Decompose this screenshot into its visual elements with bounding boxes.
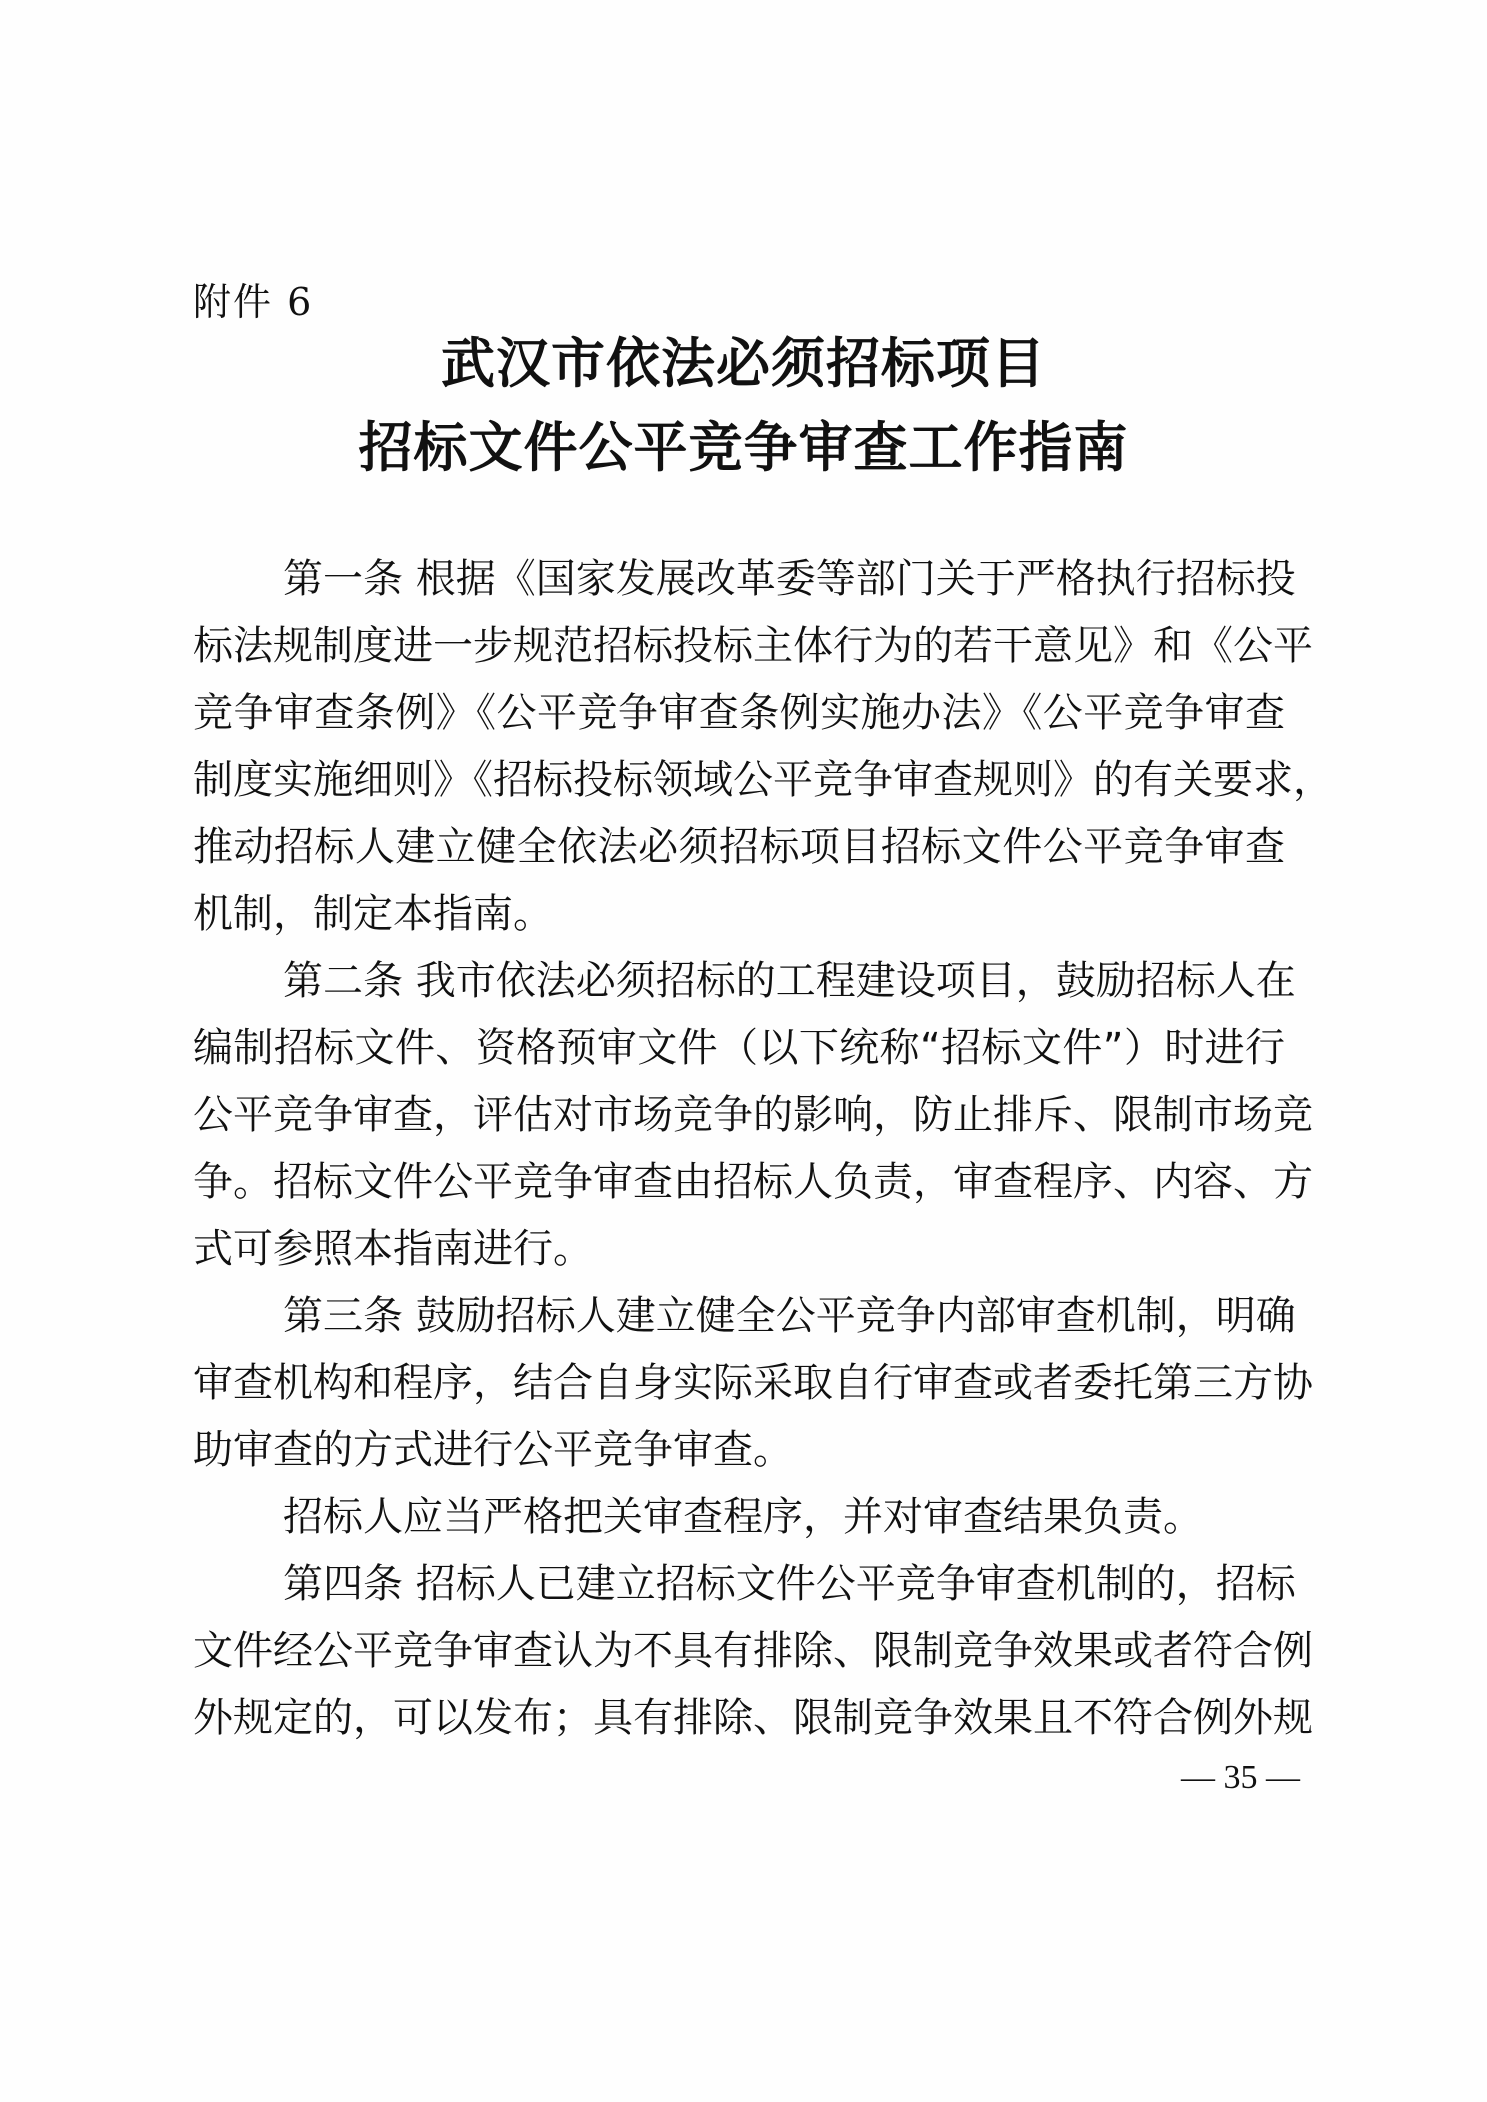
page-number: — 35 — [1130,1758,1300,1798]
article-1-line: 制度实施细则》《招标投标领域公平竞争审查规则》的有关要求， [193,755,1285,805]
article-2-line: 争。招标文件公平竞争审查由招标人负责，审查程序、内容、方 [193,1157,1285,1207]
document-page: 附件 6 武汉市依法必须招标项目 招标文件公平竞争审查工作指南 第一条 根据《国… [0,0,1487,2102]
article-1-line: 推动招标人建立健全依法必须招标项目招标文件公平竞争审查 [193,822,1285,872]
article-1-line: 标法规制度进一步规范招标投标主体行为的若干意见》和《公平 [193,621,1285,671]
article-4-line: 第四条 招标人已建立招标文件公平竞争审查机制的，招标 [283,1559,1285,1609]
article-3-line: 审查机构和程序，结合自身实际采取自行审查或者委托第三方协 [193,1358,1285,1408]
article-2-line: 第二条 我市依法必须招标的工程建设项目，鼓励招标人在 [283,956,1285,1006]
document-title-line-2: 招标文件公平竞争审查工作指南 [0,416,1487,478]
article-3-line: 助审查的方式进行公平竞争审查。 [193,1425,1285,1475]
article-1-line: 机制，制定本指南。 [193,889,1285,939]
article-2-line: 式可参照本指南进行。 [193,1224,1285,1274]
article-4-line: 外规定的，可以发布；具有排除、限制竞争效果且不符合例外规 [193,1693,1285,1743]
article-1-line: 第一条 根据《国家发展改革委等部门关于严格执行招标投 [283,554,1285,604]
document-title-line-1: 武汉市依法必须招标项目 [0,332,1487,394]
article-1-line: 竞争审查条例》《公平竞争审查条例实施办法》《公平竞争审查 [193,688,1285,738]
article-4-line: 文件经公平竞争审查认为不具有排除、限制竞争效果或者符合例 [193,1626,1285,1676]
article-2-line: 编制招标文件、资格预审文件（以下统称“招标文件”）时进行 [193,1023,1285,1073]
article-3-line: 第三条 鼓励招标人建立健全公平竞争内部审查机制，明确 [283,1291,1285,1341]
article-2-line: 公平竞争审查，评估对市场竞争的影响，防止排斥、限制市场竞 [193,1090,1285,1140]
attachment-label: 附件 6 [193,280,313,324]
article-3-paragraph-2: 招标人应当严格把关审查程序，并对审查结果负责。 [283,1492,1285,1542]
